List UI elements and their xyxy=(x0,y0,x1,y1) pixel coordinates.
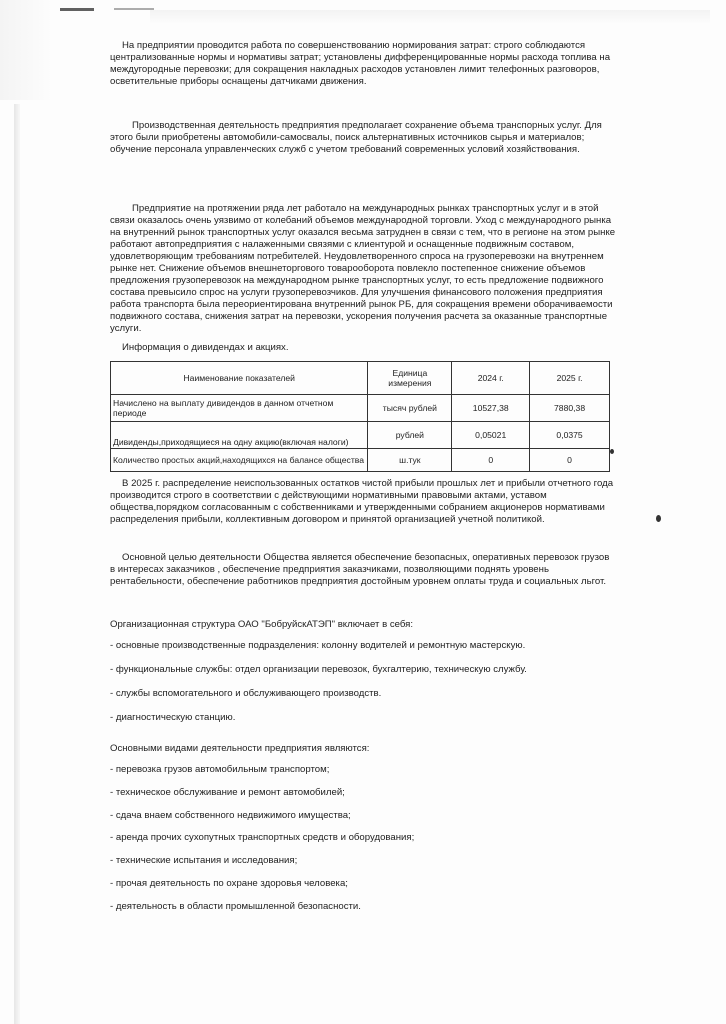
paragraph-cost-norming: На предприятии проводится работа по сове… xyxy=(110,40,615,88)
scan-speck xyxy=(610,449,614,454)
unit-cell: ш.тук xyxy=(368,449,452,472)
list-item: - сдача внаем собственного недвижимого и… xyxy=(110,810,414,833)
list-item: - службы вспомогательного и обслуживающе… xyxy=(110,688,527,712)
list-item: - функциональные службы: отдел организац… xyxy=(110,664,527,688)
list-item: - перевозка грузов автомобильным транспо… xyxy=(110,764,414,787)
value-2025: 0,0375 xyxy=(530,422,610,449)
list-item: - диагностическую станцию. xyxy=(110,712,527,736)
indicator-name: Дивиденды,приходящиеся на одну акцию(вкл… xyxy=(111,422,368,449)
scan-speck xyxy=(656,515,661,522)
list-item: - техническое обслуживание и ремонт авто… xyxy=(110,787,414,810)
unit-cell: тысяч рублей xyxy=(368,395,452,422)
org-structure-list: - основные производственные подразделени… xyxy=(110,640,527,736)
activities-list: - перевозка грузов автомобильным транспо… xyxy=(110,764,414,924)
scan-artifact-line xyxy=(114,8,154,10)
column-header: Наименование показателей xyxy=(111,362,368,395)
list-item: - прочая деятельность по охране здоровья… xyxy=(110,878,414,901)
column-header: 2024 г. xyxy=(452,362,530,395)
table-row: Начислено на выплату дивидендов в данном… xyxy=(111,395,610,422)
indicator-name: Начислено на выплату дивидендов в данном… xyxy=(111,395,368,422)
table-caption: Информация о дивидендах и акциях. xyxy=(122,342,289,354)
scan-page-edge xyxy=(14,104,20,1024)
indicator-name: Количество простых акций,находящихся на … xyxy=(111,449,368,472)
column-header: 2025 г. xyxy=(530,362,610,395)
table-header-row: Наименование показателей Единица измерен… xyxy=(111,362,610,395)
value-2024: 0,05021 xyxy=(452,422,530,449)
paragraph-main-goal: Основной целью деятельности Общества явл… xyxy=(110,552,615,588)
column-header: Единица измерения xyxy=(368,362,452,395)
paragraph-international-markets: Предприятие на протяжении ряда лет работ… xyxy=(110,203,618,335)
list-item: - технические испытания и исследования; xyxy=(110,855,414,878)
unit-cell: рублей xyxy=(368,422,452,449)
scan-shadow xyxy=(0,0,52,100)
value-2024: 10527,38 xyxy=(452,395,530,422)
value-2024: 0 xyxy=(452,449,530,472)
table-row: Количество простых акций,находящихся на … xyxy=(111,449,610,472)
dividends-table: Наименование показателей Единица измерен… xyxy=(110,361,610,472)
value-2025: 7880,38 xyxy=(530,395,610,422)
scan-shade xyxy=(150,10,710,24)
table-row: Дивиденды,приходящиеся на одну акцию(вкл… xyxy=(111,422,610,449)
activities-title: Основными видами деятельности предприяти… xyxy=(110,743,369,755)
scan-artifact-line xyxy=(60,8,94,11)
value-2025: 0 xyxy=(530,449,610,472)
paragraph-profit-distribution: В 2025 г. распределение неиспользованных… xyxy=(110,478,615,526)
list-item: - основные производственные подразделени… xyxy=(110,640,527,664)
paragraph-production: Производственная деятельность предприяти… xyxy=(110,120,615,156)
list-item: - деятельность в области промышленной бе… xyxy=(110,901,414,924)
list-item: - аренда прочих сухопутных транспортных … xyxy=(110,832,414,855)
org-structure-title: Организационная структура ОАО "БобруйскА… xyxy=(110,619,413,631)
